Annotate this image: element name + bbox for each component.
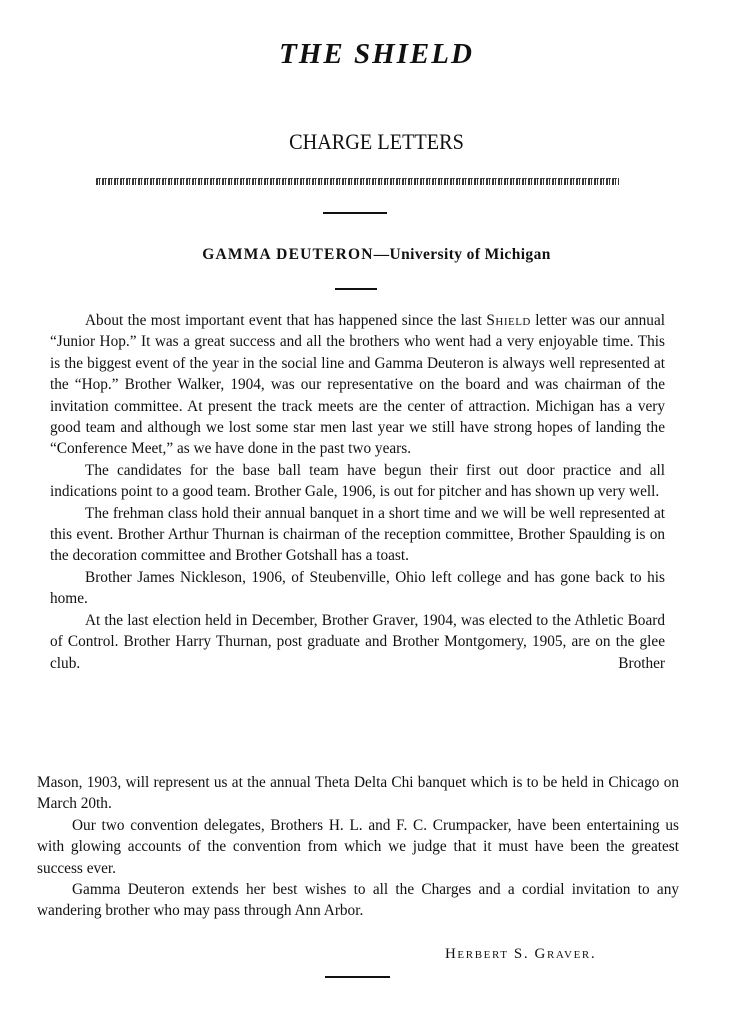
end-rule <box>325 976 390 978</box>
signature: Herbert S. Graver. <box>445 946 596 963</box>
section-title: CHARGE LETTERS <box>30 129 723 155</box>
divider-rule <box>335 288 377 290</box>
paragraph: At the last election held in December, B… <box>50 610 665 674</box>
publication-name: Shield <box>486 312 531 329</box>
running-head: THE SHIELD <box>0 38 753 71</box>
paragraph: The frehman class hold their annual banq… <box>50 503 665 567</box>
heading-separator: — <box>374 246 390 263</box>
letter-body-upper: About the most important event that has … <box>50 310 665 674</box>
ornamental-rule <box>96 178 619 185</box>
paragraph-continued: Mason, 1903, will represent us at the an… <box>37 772 679 815</box>
divider-rule <box>323 212 387 214</box>
letter-body-lower: Mason, 1903, will represent us at the an… <box>37 772 679 922</box>
paragraph: About the most important event that has … <box>50 310 665 460</box>
paragraph: Our two convention delegates, Brothers H… <box>37 815 679 879</box>
chapter-heading: GAMMA DEUTERON—University of Michigan <box>0 246 753 264</box>
paragraph: The candidates for the base ball team ha… <box>50 460 665 503</box>
paragraph: Gamma Deuteron extends her best wishes t… <box>37 879 679 922</box>
chapter-name: GAMMA DEUTERON <box>202 246 373 263</box>
paragraph: Brother James Nickleson, 1906, of Steube… <box>50 567 665 610</box>
institution-name: University of Michigan <box>390 246 551 263</box>
